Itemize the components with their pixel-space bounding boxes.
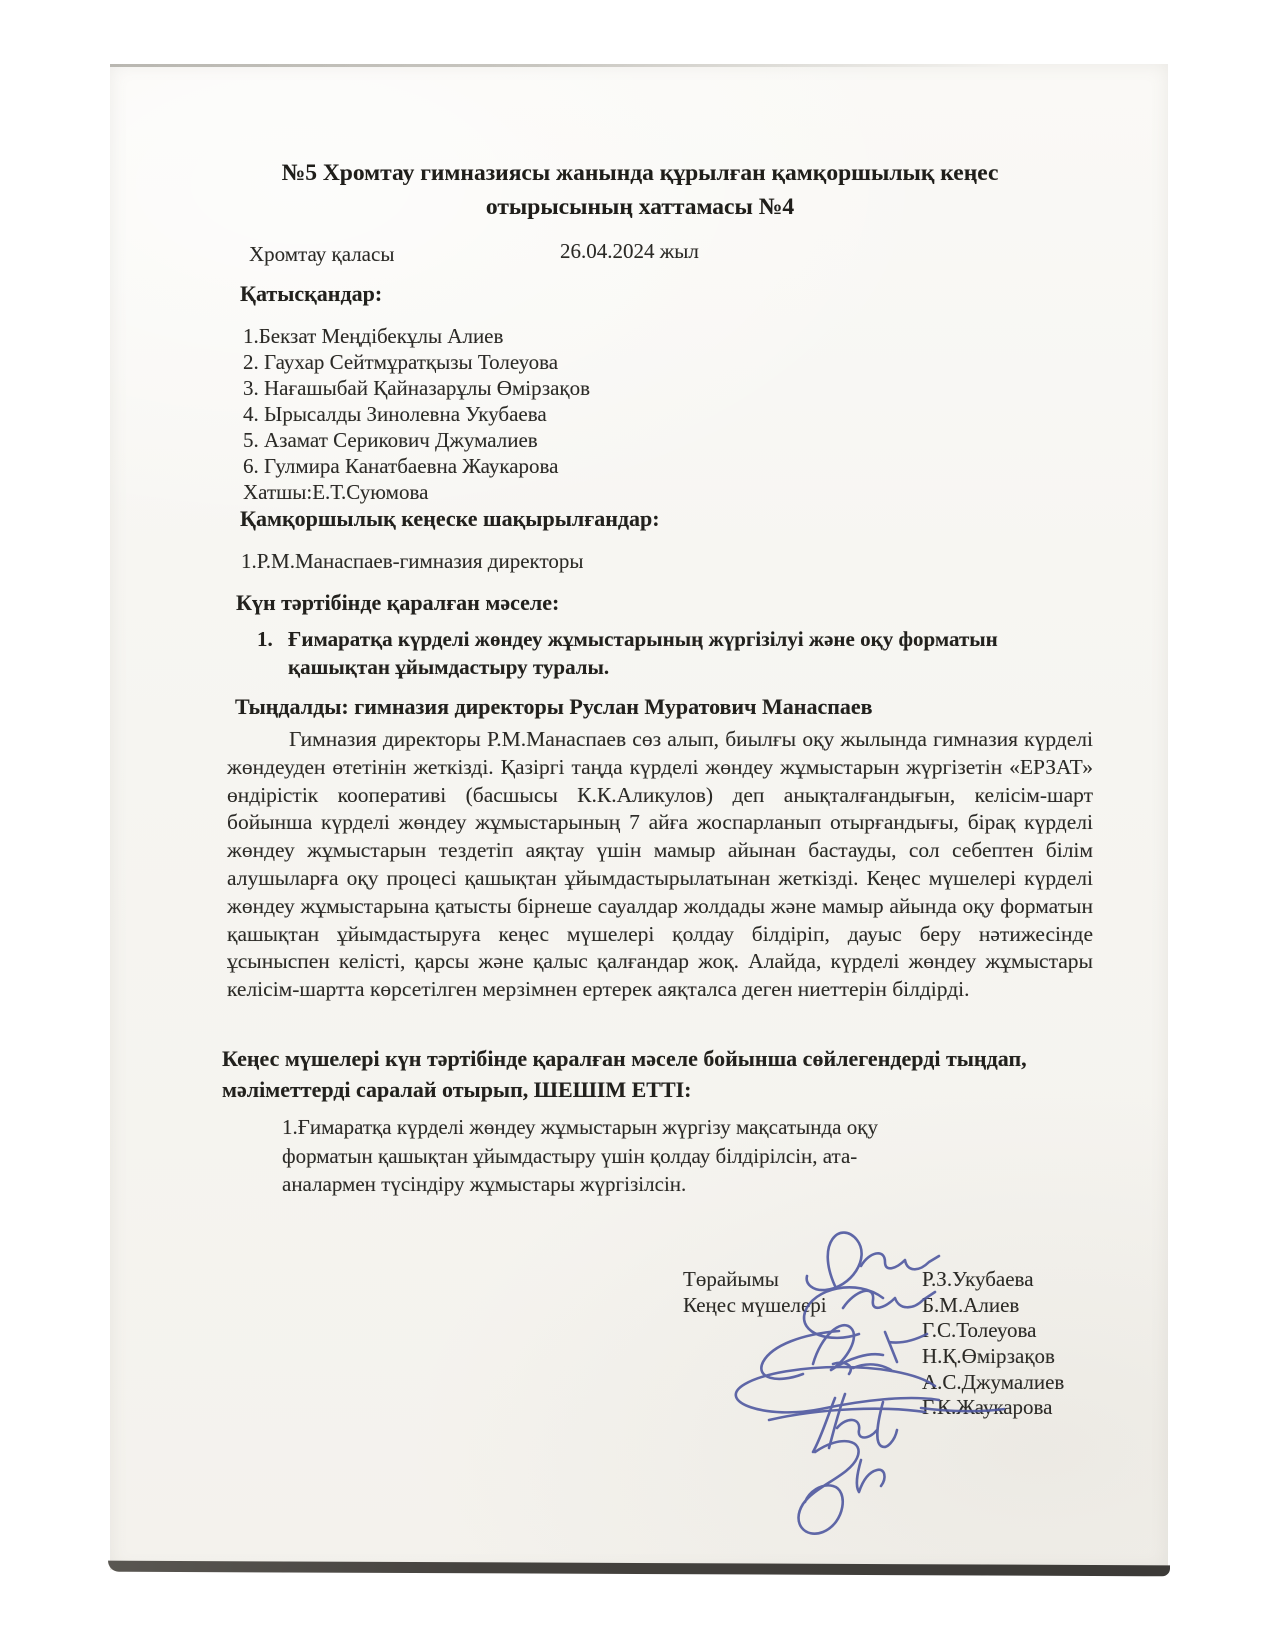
scanned-protocol-page: №5 Хромтау гимназиясы жанында құрылған қ…: [0, 0, 1275, 1650]
handwritten-signatures-ink: [685, 1212, 1005, 1542]
invited-heading: Қамқоршылық кеңеске шақырылғандар:: [240, 505, 660, 532]
scanned-paper-sheet: №5 Хромтау гимназиясы жанында құрылған қ…: [110, 64, 1168, 1570]
participant-item: 4. Ырысалды Зинолевна Укубаева: [243, 401, 843, 427]
secretary-line: Хатшы:Е.Т.Суюмова: [243, 479, 843, 505]
participant-item: 5. Азамат Серикович Джумалиев: [243, 427, 843, 453]
document-title: №5 Хромтау гимназиясы жанында құрылған қ…: [170, 156, 1110, 224]
participant-item: 1.Бекзат Меңдібекұлы Алиев: [243, 323, 843, 349]
agenda-heading: Күн тәртібінде қаралған мәселе:: [236, 589, 559, 616]
participants-list: 1.Бекзат Меңдібекұлы Алиев 2. Гаухар Сей…: [243, 323, 843, 505]
paper-bottom-edge-shadow: [108, 1561, 1170, 1577]
agenda-item-text: Ғимаратқа күрделі жөндеу жұмыстарының жү…: [288, 625, 1023, 681]
document-title-line1: №5 Хромтау гимназиясы жанында құрылған қ…: [170, 156, 1110, 190]
heard-heading: Тыңдалды: гимназия директоры Руслан Мура…: [235, 693, 873, 720]
decision-item: 1.Ғимаратқа күрделі жөндеу жұмыстарын жү…: [282, 1113, 944, 1199]
invited-item: 1.Р.М.Манаспаев-гимназия директоры: [241, 548, 583, 574]
resolution-heading: Кеңес мүшелері күн тәртібінде қаралған м…: [222, 1043, 1094, 1105]
paper-top-edge-shadow: [110, 64, 1168, 67]
document-title-line2: отырысының хаттамасы №4: [170, 190, 1110, 224]
speech-paragraph: Гимназия директоры Р.М.Манаспаев сөз алы…: [227, 726, 1093, 1004]
city-label: Хромтау қаласы: [249, 241, 394, 267]
participant-item: 2. Гаухар Сейтмұратқызы Толеуова: [243, 349, 843, 375]
agenda-item-number: 1.: [257, 625, 273, 653]
participant-item: 3. Нағашыбай Қайназарұлы Өмірзақов: [243, 375, 843, 401]
date-label: 26.04.2024 жыл: [560, 238, 699, 264]
participant-item: 6. Гулмира Канатбаевна Жаукарова: [243, 453, 843, 479]
participants-heading: Қатысқандар:: [240, 280, 382, 307]
